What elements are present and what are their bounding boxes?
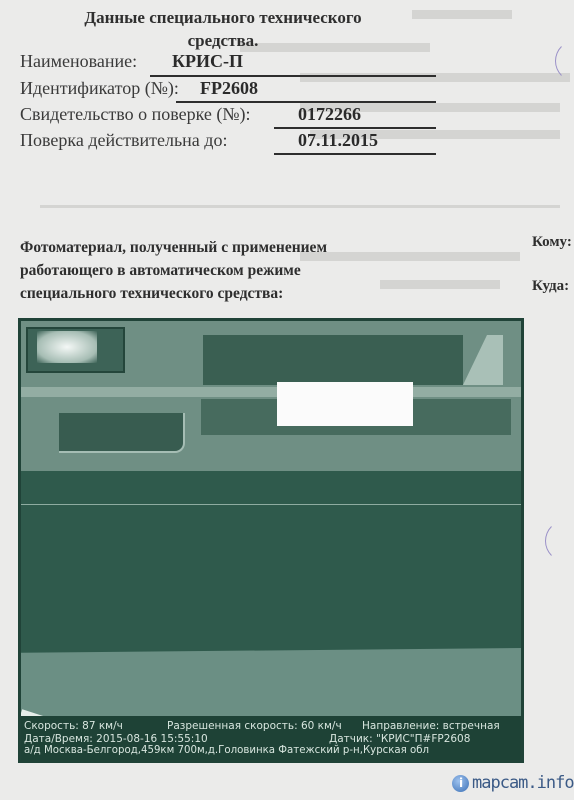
vehicle-bumper <box>21 387 521 397</box>
field-label: Идентификатор (№): <box>20 78 179 98</box>
field-valid-until-row: Поверка действительна до: 07.11.2015 <box>20 130 227 151</box>
vehicle-grille <box>203 335 463 385</box>
plate-redaction <box>277 382 413 426</box>
scan-line <box>21 504 521 505</box>
fog-light <box>59 413 185 453</box>
watermark: i mapcam.info <box>452 773 574 793</box>
location-text: а/д Москва-Белгород,459км 700м,д.Головин… <box>24 745 429 758</box>
underline <box>150 75 436 77</box>
field-label: Наименование: <box>20 51 137 71</box>
device-title-cont: средства. <box>0 31 446 51</box>
field-value: 0172266 <box>298 104 361 125</box>
datetime-text: Дата/Время: 2015-08-16 15:55:10 <box>24 733 208 746</box>
photo-info-overlay: Скорость: 87 км/ч Разрешенная скорость: … <box>21 716 521 760</box>
allowed-speed-text: Разрешенная скорость: 60 км/ч <box>167 720 342 733</box>
field-certificate-row: Свидетельство о поверке (№): 0172266 <box>20 104 251 125</box>
violation-photo: Скорость: 87 км/ч Разрешенная скорость: … <box>18 318 524 763</box>
underline <box>274 153 436 155</box>
device-title: Данные специального технического <box>0 8 446 28</box>
field-value: 07.11.2015 <box>298 130 378 151</box>
pen-mark <box>545 520 574 562</box>
sensor-text: Датчик: "КРИС"П#FP2608 <box>329 733 470 746</box>
field-identifier-row: Идентификатор (№): FP2608 <box>20 78 179 99</box>
road-dark <box>21 471 521 671</box>
info-icon: i <box>452 775 469 792</box>
field-name-row: Наименование: КРИС-П <box>20 51 137 72</box>
field-value: КРИС-П <box>172 51 243 72</box>
speed-text: Скорость: 87 км/ч <box>24 720 123 733</box>
underline <box>274 127 436 129</box>
watermark-text: mapcam.info <box>472 773 574 793</box>
underline <box>176 101 436 103</box>
field-label: Поверка действительна до: <box>20 130 227 150</box>
headlight-glare <box>37 331 97 363</box>
photo-caption: Фотоматериал, полученный с применением р… <box>20 236 400 305</box>
field-value: FP2608 <box>200 78 258 99</box>
where-label: Куда: <box>532 278 569 295</box>
direction-text: Направление: встречная <box>362 720 500 733</box>
to-label: Кому: <box>532 234 572 251</box>
field-label: Свидетельство о поверке (№): <box>20 104 251 124</box>
bleed-through <box>40 205 560 208</box>
